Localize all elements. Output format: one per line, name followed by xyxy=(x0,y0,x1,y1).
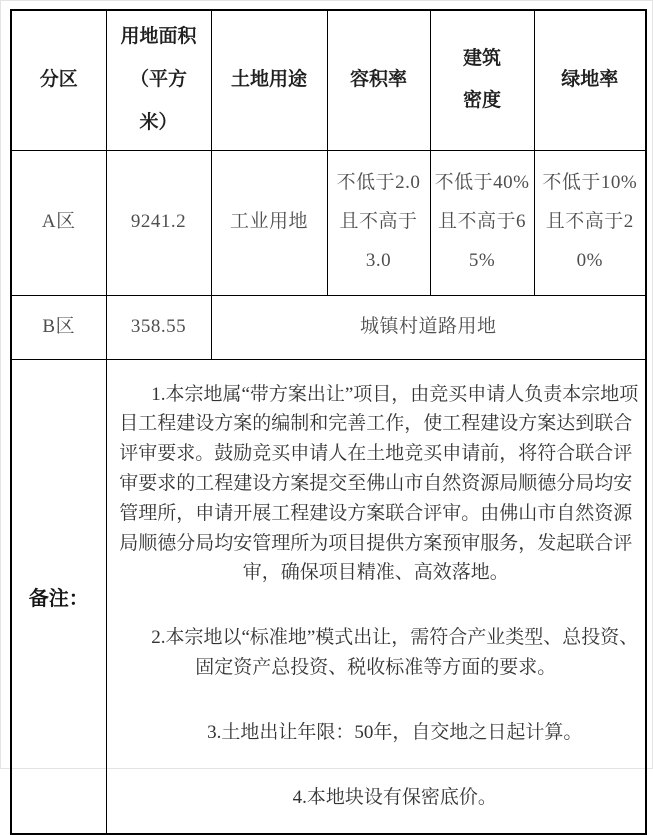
cell-a-building-density: 不低于40% 且不高于6 5% xyxy=(430,150,534,295)
header-cell-land-use: 土地用途 xyxy=(211,10,327,150)
cell-b-merged-use: 城镇村道路用地 xyxy=(211,295,646,359)
remarks-label: 备注： xyxy=(11,359,106,834)
cell-a-plot-ratio: 不低于2.0 且不高于 3.0 xyxy=(327,150,430,295)
header-cell-green-rate: 绿地率 xyxy=(534,10,646,150)
cell-a-green-rate: 不低于10% 且不高于2 0% xyxy=(534,150,646,295)
cell-b-area: 358.55 xyxy=(106,295,211,359)
header-cell-building-density: 建筑 密度 xyxy=(430,10,534,150)
table-row-zone-b: B区 358.55 城镇村道路用地 xyxy=(11,295,646,359)
cell-a-zone: A区 xyxy=(11,150,106,295)
cell-a-area: 9241.2 xyxy=(106,150,211,295)
table-header-row: 分区 用地面积 （平方 米） 土地用途 容积率 建筑 密度 绿地率 xyxy=(11,10,646,150)
remarks-paragraph-3: 3.土地出让年限：50年，自交地之日起计算。 xyxy=(111,718,642,748)
header-cell-plot-ratio: 容积率 xyxy=(327,10,430,150)
cell-b-zone: B区 xyxy=(11,295,106,359)
header-cell-area: 用地面积 （平方 米） xyxy=(106,10,211,150)
remarks-paragraph-4: 4.本地块设有保密底价。 xyxy=(111,783,642,813)
page: 分区 用地面积 （平方 米） 土地用途 容积率 建筑 密度 绿地率 A区 924… xyxy=(0,0,653,769)
table-row-zone-a: A区 9241.2 工业用地 不低于2.0 且不高于 3.0 不低于40% 且不… xyxy=(11,150,646,295)
header-cell-zone: 分区 xyxy=(11,10,106,150)
remarks-paragraph-1: 1.本宗地属“带方案出让”项目，由竞买申请人负责本宗地项目工程建设方案的编制和完… xyxy=(111,380,642,589)
land-parcel-table: 分区 用地面积 （平方 米） 土地用途 容积率 建筑 密度 绿地率 A区 924… xyxy=(10,9,647,835)
remarks-paragraph-2: 2.本宗地以“标准地”模式出让，需符合产业类型、总投资、固定资产总投资、税收标准… xyxy=(111,623,642,683)
cell-a-land-use: 工业用地 xyxy=(211,150,327,295)
remarks-content: 1.本宗地属“带方案出让”项目，由竞买申请人负责本宗地项目工程建设方案的编制和完… xyxy=(106,359,646,834)
table-row-remarks: 备注： 1.本宗地属“带方案出让”项目，由竞买申请人负责本宗地项目工程建设方案的… xyxy=(11,359,646,834)
